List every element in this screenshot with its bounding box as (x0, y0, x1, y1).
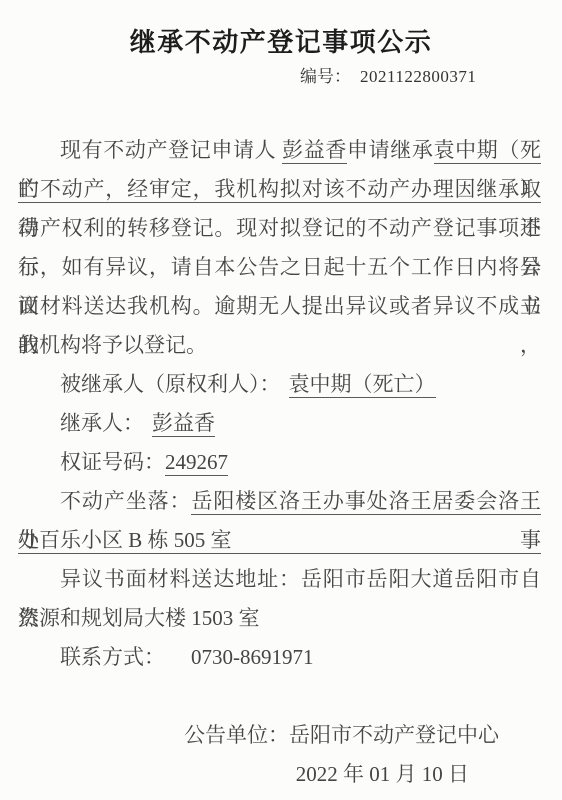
field-location-line-1: 不动产坐落：岳阳楼区洛王办事处洛王居委会洛王办事 (18, 482, 541, 521)
field-decedent-value: 袁中期（死亡） (289, 372, 436, 398)
field-location-value-2: 处百乐小区 B 栋 505 室 (18, 528, 232, 554)
notice-document: 继承不动产登记事项公示 编号：2021122800371 现有不动产登记申请人 … (0, 0, 562, 800)
doc-number-label: 编号： (300, 67, 351, 86)
field-objection-label: 异议书面材料送达地址： (60, 567, 301, 591)
paragraph-line-5: 面材料送达我机构。逾期无人提出异议或者异议不成立的， (18, 287, 541, 326)
paragraph-line-1-mid: 申请继承 (347, 138, 434, 162)
field-decedent: 被继承人（原权利人）：袁中期（死亡） (18, 365, 541, 404)
field-heir-label: 继承人： (60, 411, 144, 435)
field-cert-no-value: 249267 (165, 450, 228, 476)
field-cert-no: 权证号码：249267 (18, 443, 541, 482)
field-contact: 联系方式：0730-8691971 (18, 638, 541, 677)
field-decedent-label: 被继承人（原权利人）： (60, 372, 281, 396)
paragraph-line-3: 动产权利的转移登记。现对拟登记的不动产登记事项进行公 (18, 209, 541, 248)
footer-issuer: 公告单位：岳阳市不动产登记中心 (18, 716, 541, 755)
field-contact-label: 联系方式： (60, 645, 165, 669)
field-heir: 继承人：彭益香 (18, 404, 541, 443)
field-cert-no-label: 权证号码： (60, 450, 165, 474)
doc-number-value: 2021122800371 (360, 67, 476, 86)
footer-date: 2022 年 01 月 10 日 (18, 755, 541, 794)
paragraph-line-4: 示，如有异议，请自本公告之日起十五个工作日内将异议书 (18, 248, 541, 287)
page-title: 继承不动产登记事项公示 (0, 0, 562, 56)
paragraph-line-2: 的不动产，经审定，我机构拟对该不动产办理因继承取得不 (18, 170, 541, 209)
footer-issuer-label: 公告单位： (184, 723, 289, 747)
field-contact-value: 0730-8691971 (191, 645, 314, 669)
field-objection-line-2: 资源和规划局大楼 1503 室 (18, 599, 541, 638)
field-objection-line-1: 异议书面材料送达地址：岳阳市岳阳大道岳阳市自然 (18, 560, 541, 599)
applicant-name-inline: 彭益香 (282, 138, 347, 164)
paragraph-line-1-pre: 现有不动产登记申请人 (60, 138, 282, 162)
notice-body: 现有不动产登记申请人 彭益香申请继承袁中期（死亡） 的不动产，经审定，我机构拟对… (0, 131, 562, 794)
paragraph-line-1: 现有不动产登记申请人 彭益香申请继承袁中期（死亡） (18, 131, 541, 170)
field-location-label: 不动产坐落： (60, 489, 191, 513)
field-heir-value: 彭益香 (152, 411, 215, 437)
spacer-line (18, 677, 541, 716)
doc-number: 编号：2021122800371 (0, 62, 562, 88)
footer-issuer-value: 岳阳市不动产登记中心 (289, 723, 499, 747)
